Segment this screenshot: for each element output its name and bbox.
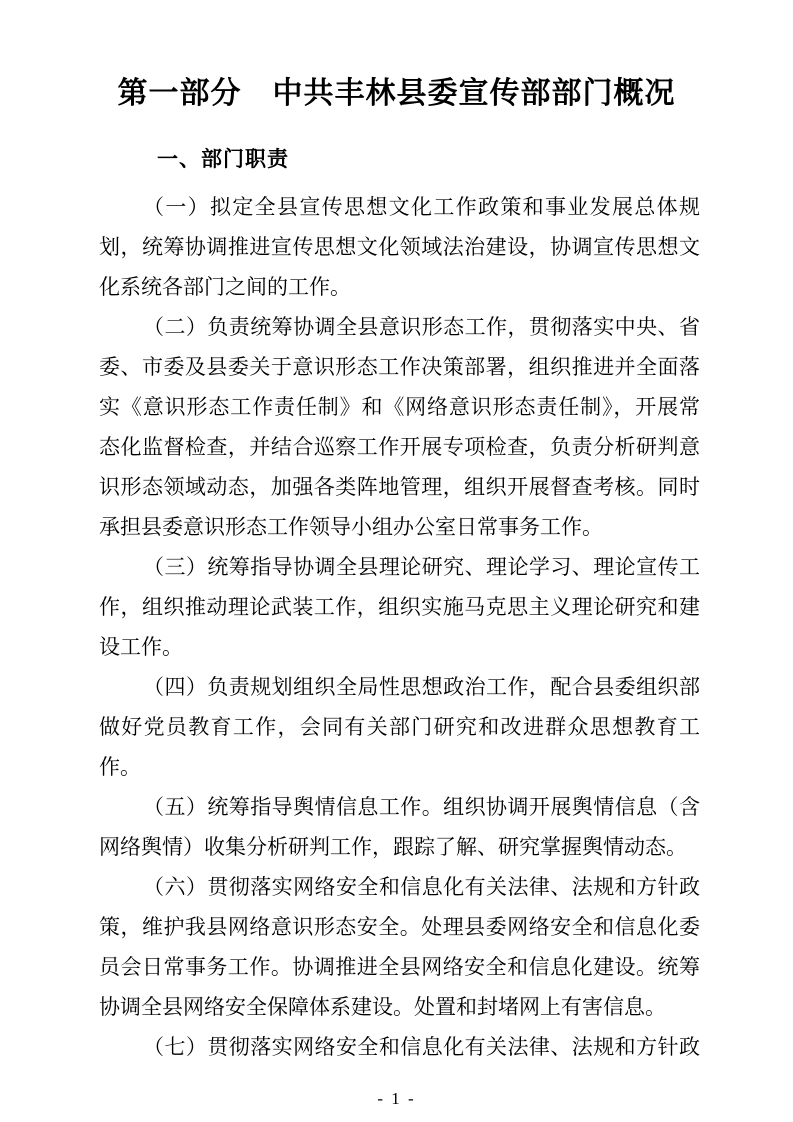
text-line: 员会日常事务工作。协调推进全县网络安全和信息化建设。统筹 [99,947,700,987]
text-line: 承担县委意识形态工作领导小组办公室日常事务工作。 [99,507,700,547]
text-line: 网络舆情）收集分析研判工作，跟踪了解、研究掌握舆情动态。 [99,827,700,867]
document-page: 第一部分 中共丰林县委宣传部部门概况 一、部门职责 （一）拟定全县宣传思想文化工… [0,0,793,1122]
text-line: 策，维护我县网络意识形态安全。处理县委网络安全和信息化委 [99,907,700,947]
text-line: 化系统各部门之间的工作。 [99,267,700,307]
text-line: （四）负责规划组织全局性思想政治工作，配合县委组织部 [99,667,700,707]
paragraph: （二）负责统筹协调全县意识形态工作，贯彻落实中央、省委、市委及县委关于意识形态工… [99,307,700,547]
text-line: 识形态领域动态，加强各类阵地管理，组织开展督查考核。同时 [99,467,700,507]
text-line: （二）负责统筹协调全县意识形态工作，贯彻落实中央、省 [99,307,700,347]
paragraph: （三）统筹指导协调全县理论研究、理论学习、理论宣传工作，组织推动理论武装工作，组… [99,547,700,667]
paragraph: （六）贯彻落实网络安全和信息化有关法律、法规和方针政策，维护我县网络意识形态安全… [99,867,700,1027]
text-line: （五）统筹指导舆情信息工作。组织协调开展舆情信息（含 [99,787,700,827]
text-line: 做好党员教育工作，会同有关部门研究和改进群众思想教育工 [99,707,700,747]
page-title: 第一部分 中共丰林县委宣传部部门概况 [0,74,793,114]
text-line: 作，组织推动理论武装工作，组织实施马克思主义理论研究和建 [99,587,700,627]
page-number: - 1 - [0,1089,793,1109]
text-line: 实《意识形态工作责任制》和《网络意识形态责任制》，开展常 [99,387,700,427]
section-heading: 一、部门职责 [157,146,793,174]
text-line: （三）统筹指导协调全县理论研究、理论学习、理论宣传工 [99,547,700,587]
text-line: （七）贯彻落实网络安全和信息化有关法律、法规和方针政 [99,1027,700,1067]
text-line: 协调全县网络安全保障体系建设。处置和封堵网上有害信息。 [99,987,700,1027]
paragraph: （一）拟定全县宣传思想文化工作政策和事业发展总体规划，统筹协调推进宣传思想文化领… [99,187,700,307]
text-line: 作。 [99,747,700,787]
document-body: （一）拟定全县宣传思想文化工作政策和事业发展总体规划，统筹协调推进宣传思想文化领… [99,187,700,1067]
text-line: （六）贯彻落实网络安全和信息化有关法律、法规和方针政 [99,867,700,907]
text-line: 划，统筹协调推进宣传思想文化领域法治建设，协调宣传思想文 [99,227,700,267]
paragraph: （七）贯彻落实网络安全和信息化有关法律、法规和方针政 [99,1027,700,1067]
paragraph: （五）统筹指导舆情信息工作。组织协调开展舆情信息（含网络舆情）收集分析研判工作，… [99,787,700,867]
text-line: 委、市委及县委关于意识形态工作决策部署，组织推进并全面落 [99,347,700,387]
text-line: 设工作。 [99,627,700,667]
text-line: （一）拟定全县宣传思想文化工作政策和事业发展总体规 [99,187,700,227]
text-line: 态化监督检查，并结合巡察工作开展专项检查，负责分析研判意 [99,427,700,467]
paragraph: （四）负责规划组织全局性思想政治工作，配合县委组织部做好党员教育工作，会同有关部… [99,667,700,787]
